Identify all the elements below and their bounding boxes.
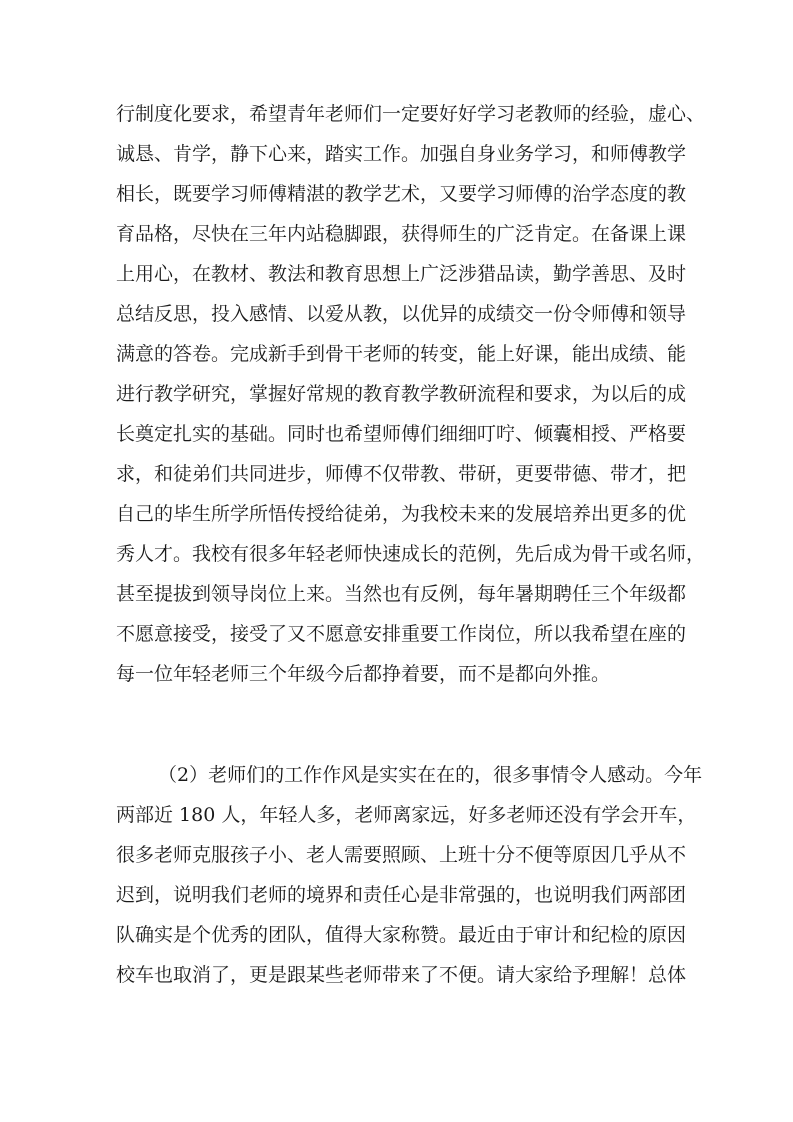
- text-line: （2）老师们的工作作风是实实在在的，很多事情令人感动。今年: [158, 763, 684, 787]
- text-line: 求，和徒弟们共同进步，师傅不仅带教、带研，更要带德、带才，把: [116, 462, 684, 486]
- text-line: 不愿意接受，接受了又不愿意安排重要工作岗位，所以我希望在座的: [116, 622, 684, 646]
- text-line: 诚恳、肯学，静下心来，踏实工作。加强自身业务学习，和师傅教学: [116, 142, 684, 166]
- text-line: 行制度化要求，希望青年老师们一定要好好学习老教师的经验，虚心、: [116, 102, 684, 126]
- text-line: 队确实是个优秀的团队，值得大家称赞。最近由于审计和纪检的原因: [116, 923, 684, 947]
- text-line: 迟到，说明我们老师的境界和责任心是非常强的，也说明我们两部团: [116, 883, 684, 907]
- text-line: 自己的毕生所学所悟传授给徒弟，为我校未来的发展培养出更多的优: [116, 502, 684, 526]
- text-line: 上用心，在教材、教法和教育思想上广泛涉猎品读，勤学善思、及时: [116, 262, 684, 286]
- text-line: 秀人才。我校有很多年轻老师快速成长的范例，先后成为骨干或名师，: [116, 542, 684, 566]
- text-line: 两部近 180 人，年轻人多，老师离家远，好多老师还没有学会开车，: [116, 803, 684, 827]
- text-line: 甚至提拔到领导岗位上来。当然也有反例，每年暑期聘任三个年级都: [116, 582, 684, 606]
- text-line: 总结反思，投入感情、以爱从教，以优异的成绩交一份令师傅和领导: [116, 302, 684, 326]
- text-line: 每一位年轻老师三个年级今后都挣着要，而不是都向外推。: [116, 662, 684, 686]
- document-page: 行制度化要求，希望青年老师们一定要好好学习老教师的经验，虚心、 诚恳、肯学，静下…: [0, 0, 793, 1122]
- text-line: 育品格，尽快在三年内站稳脚跟，获得师生的广泛肯定。在备课上课: [116, 222, 684, 246]
- text-line: 很多老师克服孩子小、老人需要照顾、上班十分不便等原因几乎从不: [116, 843, 684, 867]
- text-line: 相长，既要学习师傅精湛的教学艺术，又要学习师傅的治学态度的教: [116, 182, 684, 206]
- text-line: 进行教学研究，掌握好常规的教育教学教研流程和要求，为以后的成: [116, 382, 684, 406]
- text-line: 满意的答卷。完成新手到骨干老师的转变，能上好课，能出成绩、能: [116, 342, 684, 366]
- text-line: 校车也取消了，更是跟某些老师带来了不便。请大家给予理解！总体: [116, 963, 684, 987]
- text-line: 长奠定扎实的基础。同时也希望师傅们细细叮咛、倾囊相授、严格要: [116, 422, 684, 446]
